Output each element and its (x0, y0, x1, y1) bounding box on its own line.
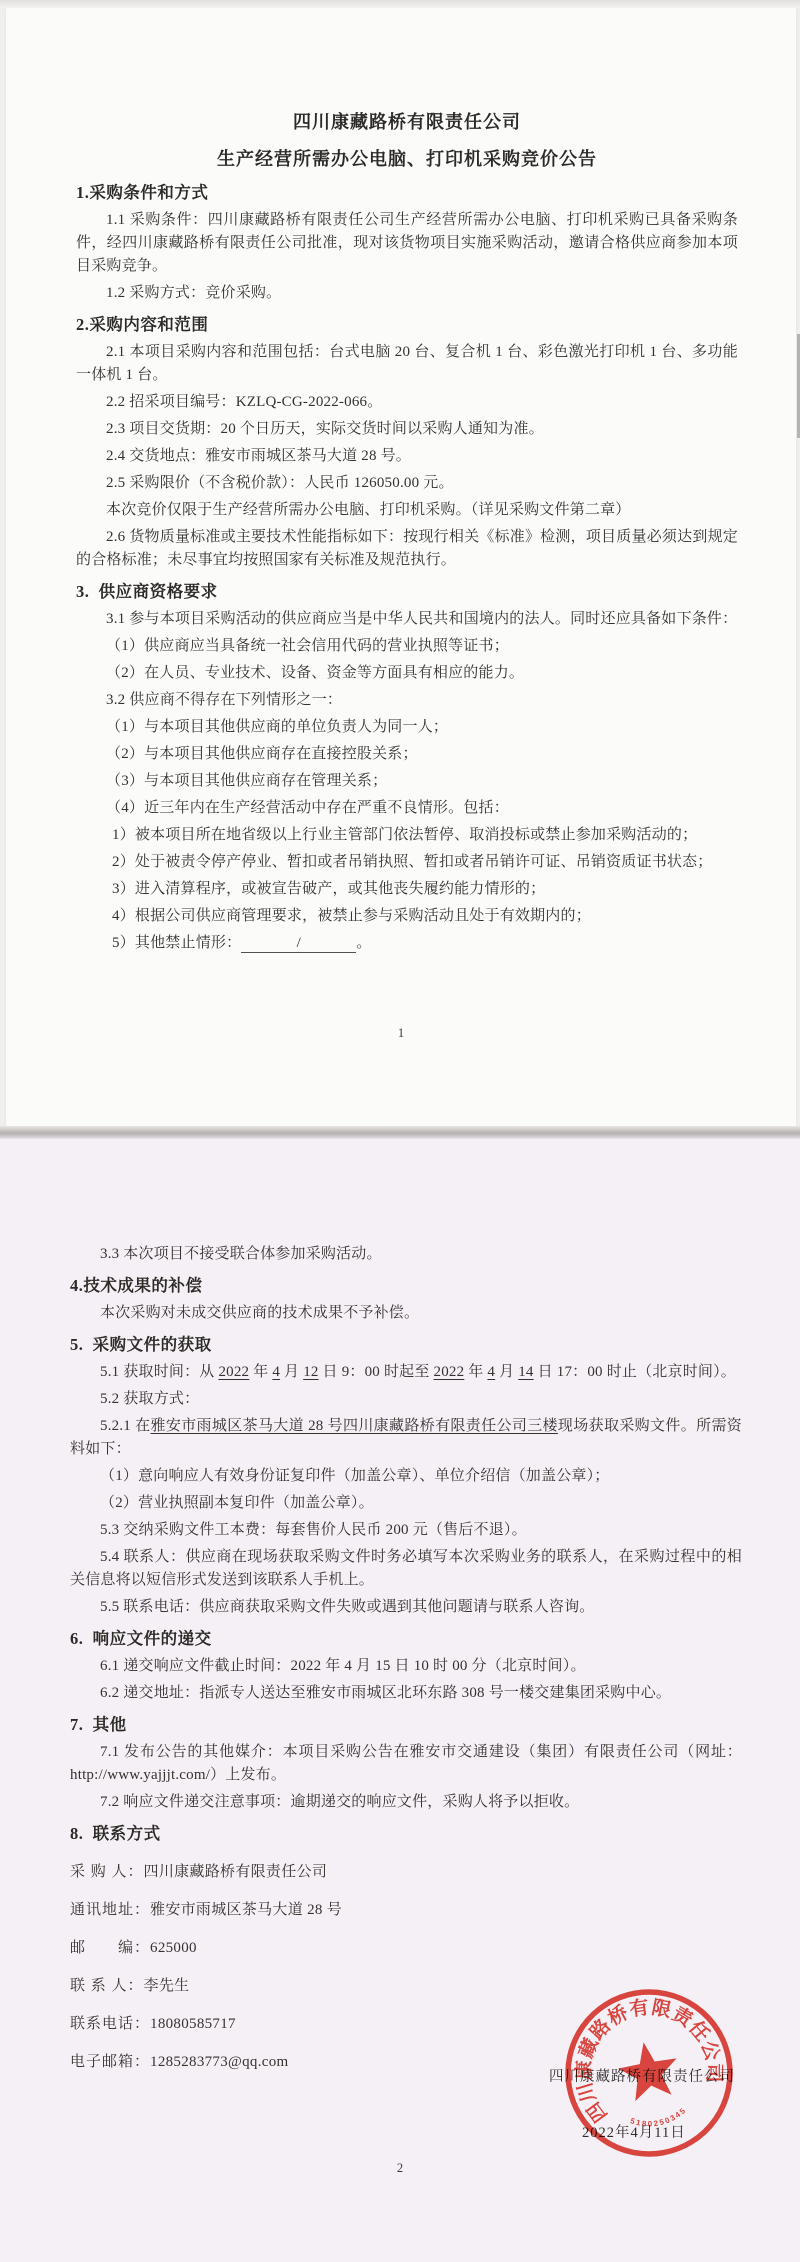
section-heading-5: 5. 采购文件的获取 (70, 1333, 742, 1357)
section-heading-2: 2.采购内容和范围 (76, 313, 738, 337)
para-5-4: 5.4 联系人：供应商在现场获取采购文件时务必填写本次采购业务的联系人，在采购过… (70, 1546, 742, 1592)
document-page-2: 3.3 本次项目不接受联合体参加采购活动。 4.技术成果的补偿 本次采购对未成交… (0, 1139, 800, 2262)
company-seal-stamp: 四川康藏路桥有限责任公司 5180250345 (542, 1966, 755, 2179)
underlined-day: 12 (303, 1364, 318, 1380)
para-1-2: 1.2 采购方式：竞价采购。 (76, 282, 738, 305)
doc-title-company: 四川康藏路桥有限责任公司 (76, 8, 738, 136)
contact-row-buyer: 采 购 人：四川康藏路桥有限责任公司 (70, 1861, 742, 1884)
page-number-2: 2 (0, 2161, 800, 2176)
para-3-2-item-3: （3）与本项目其他供应商存在管理关系； (76, 770, 738, 793)
para-2-1: 2.1 本项目采购内容和范围包括：台式电脑 20 台、复合机 1 台、彩色激光打… (76, 341, 738, 387)
para-3-1-item-2: （2）在人员、专业技术、设备、资金等方面具有相应的能力。 (76, 662, 738, 685)
seal-star-icon (614, 2037, 682, 2103)
para-2-5: 2.5 采购限价（不含税价款）：人民币 126050.00 元。 (76, 472, 738, 495)
contact-value: 李先生 (144, 1978, 190, 1994)
underlined-day: 14 (518, 1364, 533, 1380)
para-5-2: 5.2 获取方式： (70, 1388, 742, 1411)
para-1-1: 1.1 采购条件：四川康藏路桥有限责任公司生产经营所需办公电脑、打印机采购已具备… (76, 209, 738, 278)
para-5-1: 5.1 获取时间：从 2022 年 4 月 12 日 9：00 时起至 2022… (70, 1361, 742, 1384)
text-segment: 5.1 获取时间：从 (100, 1364, 218, 1380)
scanned-procurement-notice: { "page1": { "title1": "四川康藏路桥有限责任公司", "… (0, 0, 800, 2262)
para-3-2-item-1: （1）与本项目其他供应商的单位负责人为同一人； (76, 716, 738, 739)
para-3-2-item-2: （2）与本项目其他供应商存在直接控股关系； (76, 743, 738, 766)
document-page-1: 四川康藏路桥有限责任公司 生产经营所需办公电脑、打印机采购竞价公告 1.采购条件… (6, 8, 796, 1126)
contact-value: 625000 (150, 1940, 197, 1956)
para-3-2-item-4: （4）近三年内在生产经营活动中存在严重不良情形。包括： (76, 797, 738, 820)
para-2-2: 2.2 招采项目编号：KZLQ-CG-2022-066。 (76, 391, 738, 414)
contact-row-address: 通讯地址：雅安市雨城区茶马大道 28 号 (70, 1899, 742, 1922)
underlined-month: 4 (272, 1364, 280, 1380)
para-3-3: 3.3 本次项目不接受联合体参加采购活动。 (70, 1243, 742, 1266)
underlined-month: 4 (487, 1364, 495, 1380)
contact-value: 18080585717 (150, 2016, 236, 2032)
contact-label: 邮 编： (70, 1940, 150, 1956)
contact-value: 雅安市雨城区茶马大道 28 号 (150, 1902, 342, 1918)
para-2-6: 2.6 货物质量标准或主要技术性能指标如下：按现行相关《标准》检测，项目质量必须… (76, 526, 738, 572)
section-heading-3: 3. 供应商资格要求 (76, 580, 738, 604)
para-3-2-4-sub-5: 5）其他禁止情形：/。 (76, 932, 738, 955)
scan-top-edge (0, 0, 800, 8)
contact-label: 采 购 人： (70, 1864, 144, 1880)
para-5-2-1: 5.2.1 在雅安市雨城区茶马大道 28 号四川康藏路桥有限责任公司三楼现场获取… (70, 1415, 742, 1461)
seal-svg: 四川康藏路桥有限责任公司 5180250345 (542, 1966, 755, 2179)
section-heading-4: 4.技术成果的补偿 (70, 1274, 742, 1298)
fill-in-blank: / (241, 935, 356, 953)
contact-label: 联 系 人： (70, 1978, 144, 1994)
text-segment: 年 (249, 1364, 272, 1380)
para-4: 本次采购对未成交供应商的技术成果不予补偿。 (70, 1302, 742, 1325)
para-5-2-1-item-1: （1）意向响应人有效身份证复印件（加盖公章）、单位介绍信（加盖公章）； (70, 1465, 742, 1488)
para-3-2-4-sub-3: 3）进入清算程序，或被宣告破产，或其他丧失履约能力情形的； (76, 878, 738, 901)
para-3-1: 3.1 参与本项目采购活动的供应商应当是中华人民共和国境内的法人。同时还应具备如… (76, 608, 738, 631)
para-7-2: 7.2 响应文件递交注意事项：逾期递交的响应文件，采购人将予以拒收。 (70, 1791, 742, 1814)
para-3-2-4-sub-4: 4）根据公司供应商管理要求，被禁止参与采购活动且处于有效期内的； (76, 905, 738, 928)
para-5-2-1-item-2: （2）营业执照副本复印件（加盖公章）。 (70, 1492, 742, 1515)
para-2-5-note: 本次竞价仅限于生产经营所需办公电脑、打印机采购。（详见采购文件第二章） (76, 499, 738, 522)
para-5-5: 5.5 联系电话：供应商获取采购文件失败或遇到其他问题请与联系人咨询。 (70, 1596, 742, 1619)
seal-serial-number: 5180250345 (627, 2104, 690, 2132)
text-segment: 日 17：00 时止（北京时间）。 (534, 1364, 736, 1380)
contact-label: 电子邮箱： (70, 2054, 150, 2070)
contact-row-postcode: 邮 编：625000 (70, 1937, 742, 1960)
section-heading-6: 6. 响应文件的递交 (70, 1627, 742, 1651)
contact-label: 联系电话： (70, 2016, 150, 2032)
para-3-2-4-sub-1: 1）被本项目所在地省级以上行业主管部门依法暂停、取消投标或禁止参加采购活动的； (76, 824, 738, 847)
para-3-1-item-1: （1）供应商应当具备统一社会信用代码的营业执照等证书； (76, 635, 738, 658)
contact-value: 四川康藏路桥有限责任公司 (144, 1864, 328, 1880)
para-6-1: 6.1 递交响应文件截止时间：2022 年 4 月 15 日 10 时 00 分… (70, 1655, 742, 1678)
para-2-3: 2.3 项目交货期：20 个日历天，实际交货时间以采购人通知为准。 (76, 418, 738, 441)
text-segment: 月 (280, 1364, 303, 1380)
para-2-4: 2.4 交货地点：雅安市雨城区茶马大道 28 号。 (76, 445, 738, 468)
contact-label: 通讯地址： (70, 1902, 150, 1918)
text-segment: 。 (356, 935, 371, 951)
text-segment: 年 (464, 1364, 487, 1380)
para-5-3: 5.3 交纳采购文件工本费：每套售价人民币 200 元（售后不退）。 (70, 1519, 742, 1542)
page-number-1: 1 (6, 1026, 796, 1041)
section-heading-7: 7. 其他 (70, 1713, 742, 1737)
doc-title-subject: 生产经营所需办公电脑、打印机采购竞价公告 (76, 145, 738, 173)
text-segment: 5）其他禁止情形： (112, 935, 241, 951)
text-segment: 日 9：00 时起至 (319, 1364, 434, 1380)
text-segment: 5.2.1 在 (100, 1418, 150, 1434)
para-6-2: 6.2 递交地址：指派专人送达至雅安市雨城区北环东路 308 号一楼交建集团采购… (70, 1682, 742, 1705)
section-heading-8: 8. 联系方式 (70, 1822, 742, 1846)
contact-value: 1285283773@qq.com (150, 2054, 289, 2070)
underlined-address: 雅安市雨城区茶马大道 28 号四川康藏路桥有限责任公司三楼 (150, 1418, 557, 1434)
scan-page-seam (0, 1126, 800, 1139)
para-3-2: 3.2 供应商不得存在下列情形之一： (76, 689, 738, 712)
para-7-1: 7.1 发布公告的其他媒介：本项目采购公告在雅安市交通建设（集团）有限责任公司（… (70, 1741, 742, 1787)
underlined-year: 2022 (434, 1364, 465, 1380)
section-heading-1: 1.采购条件和方式 (76, 181, 738, 205)
text-segment: 月 (495, 1364, 518, 1380)
underlined-year: 2022 (218, 1364, 249, 1380)
para-3-2-4-sub-2: 2）处于被责令停产停业、暂扣或者吊销执照、暂扣或者吊销许可证、吊销资质证书状态； (76, 851, 738, 874)
